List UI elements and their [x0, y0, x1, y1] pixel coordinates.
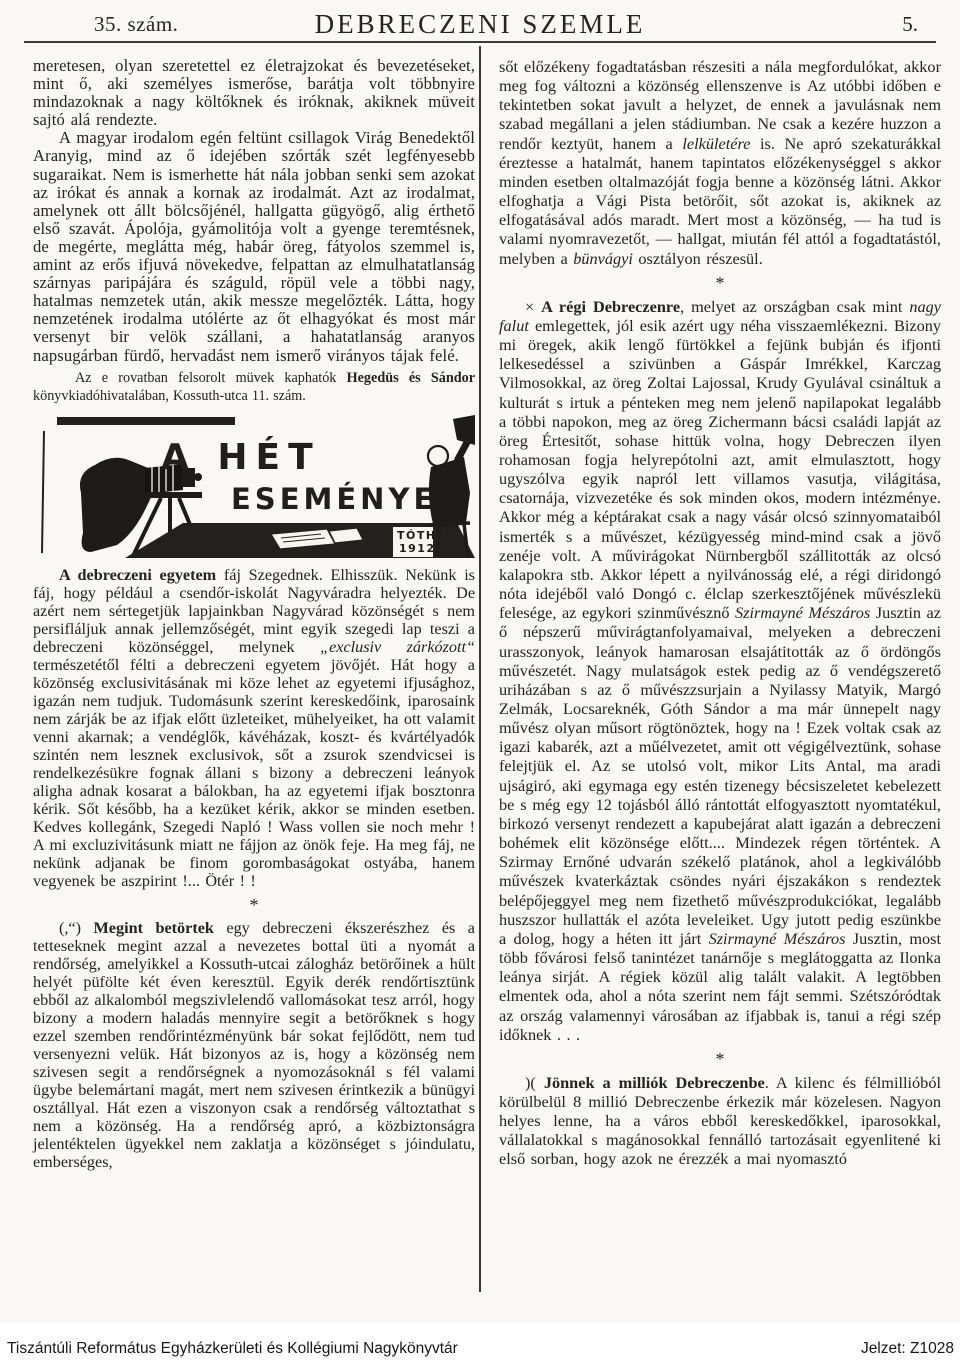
section-separator: * [499, 276, 941, 290]
illustration-title-line1: A HÉT [161, 436, 321, 478]
column-divider-rule [479, 46, 481, 1292]
masthead-rule [24, 41, 936, 43]
svg-text:1912: 1912 [399, 542, 436, 555]
left-column: meretesen, olyan szeretettel ez életrajz… [33, 57, 475, 1171]
news-item-university: A debreczeni egyetem fáj Szegednek. Elhi… [33, 566, 475, 890]
paragraph-continuation-police: sőt előzékeny fogadtatásban részesiti a … [499, 57, 941, 268]
news-item-old-debreczen: × A régi Debreczenre, melyet az országba… [499, 297, 941, 1044]
library-name: Tiszántúli Református Egyházkerületi és … [7, 1340, 458, 1358]
shelfmark: Jelzet: Z1028 [861, 1340, 954, 1358]
paragraph-literary: A magyar irodalom egén feltünt csillagok… [33, 129, 475, 364]
scanned-newspaper-page: 35. szám. DEBRECZENI SZEMLE 5. meretesen… [0, 0, 960, 1372]
right-column: sőt előzékeny fogadtatásban részesiti a … [499, 57, 941, 1169]
journal-title: DEBRECZENI SZEMLE [0, 9, 960, 40]
page-number: 5. [902, 12, 918, 37]
artist-signature: TÓTH 1912 [393, 527, 437, 557]
news-item-millions: )( Jönnek a milliók Debreczenbe. A kilen… [499, 1073, 941, 1169]
paragraph-continuation: meretesen, olyan szeretettel ez életrajz… [33, 57, 475, 129]
svg-text:TÓTH: TÓTH [397, 529, 437, 542]
illustration-left-edge [42, 431, 44, 553]
illustration-top-bar [57, 417, 235, 425]
illustration-title-line2: ESEMÉNYEI [231, 482, 452, 516]
news-item-burglary: (,“) Megint betörtek egy debreczeni éksz… [33, 919, 475, 1171]
digitization-footer: Tiszántúli Református Egyházkerületi és … [0, 1322, 960, 1372]
weekly-events-illustration: A HÉT ESEMÉNYEI [33, 413, 475, 561]
section-separator: * [499, 1052, 941, 1066]
section-separator: * [33, 898, 475, 912]
books-available-note: Az e rovatban felsorolt müvek kaphatók H… [33, 369, 475, 406]
